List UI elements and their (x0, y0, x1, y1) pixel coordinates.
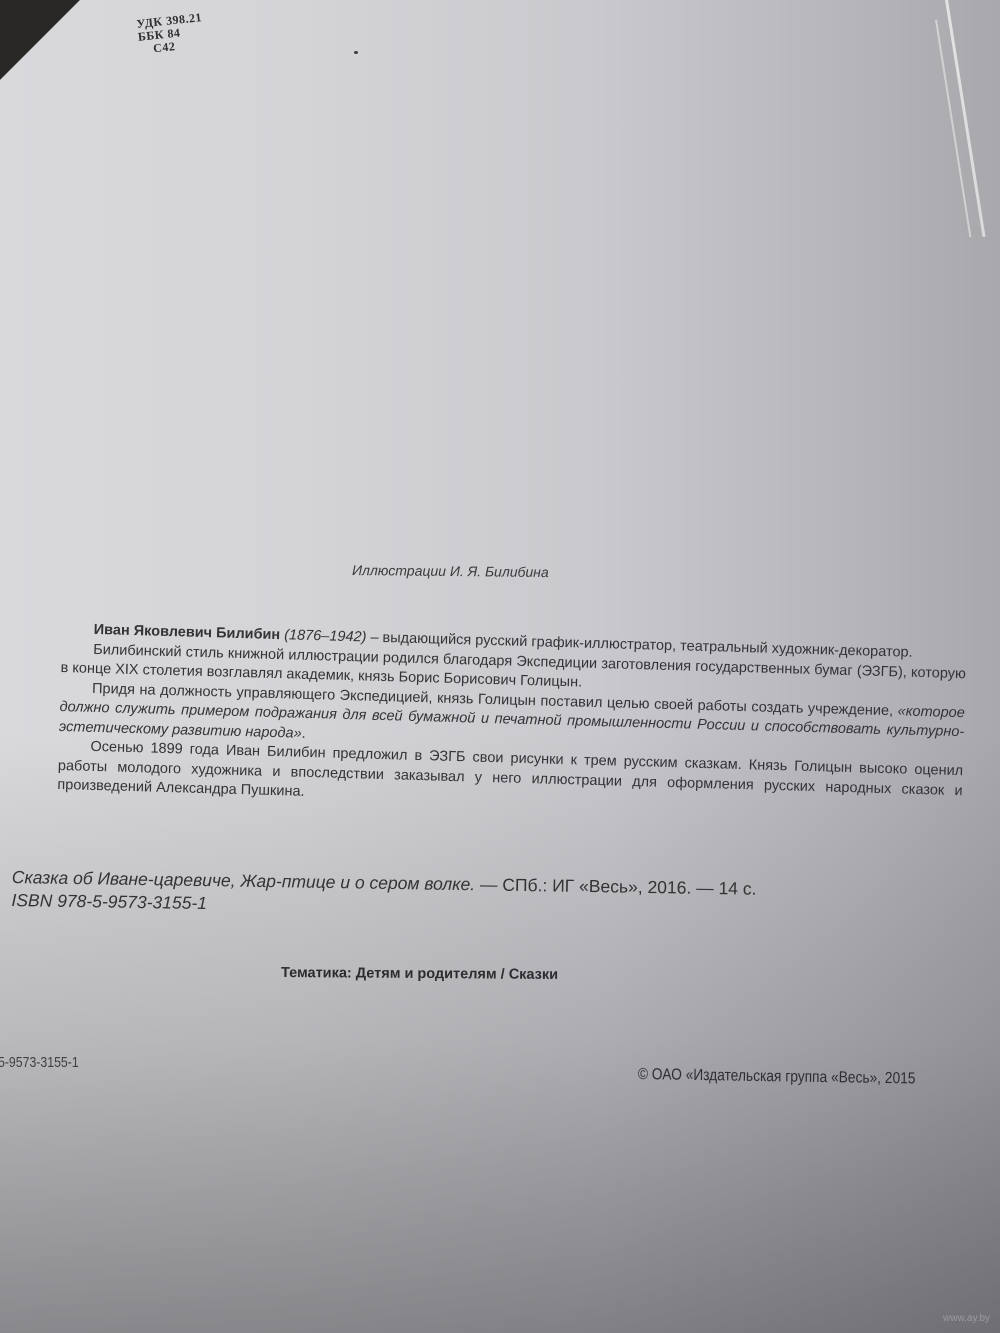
bio-text-end: . (301, 725, 305, 741)
isbn-footer: 5-9573-3155-1 (0, 1054, 79, 1071)
paper-speck (354, 51, 358, 54)
copyright-notice: © ОАО «Издательская группа «Весь», 2015 (638, 1066, 916, 1089)
publication-info: — СПб.: ИГ «Весь», 2016. — 14 с. (475, 874, 757, 898)
artist-years: (1876–1942) (284, 627, 367, 645)
classification-block: УДК 398.21 ББК 84 С42 (136, 11, 205, 57)
author-mark: С42 (153, 39, 177, 55)
theme-line: Тематика: Детям и родителям / Сказки (281, 965, 558, 983)
bibliographic-record: Сказка об Иване-царевиче, Жар-птице и о … (11, 866, 756, 924)
illustrations-credit: Иллюстрации И. Я. Билибина (352, 562, 549, 580)
watermark: www.ay.by (943, 1313, 990, 1324)
artist-name: Иван Яковлевич Билибин (94, 622, 281, 643)
book-page: УДК 398.21 ББК 84 С42 Иллюстрации И. Я. … (0, 0, 1000, 1333)
author-bio: Иван Яковлевич Билибин (1876–1942) – выд… (57, 620, 967, 821)
